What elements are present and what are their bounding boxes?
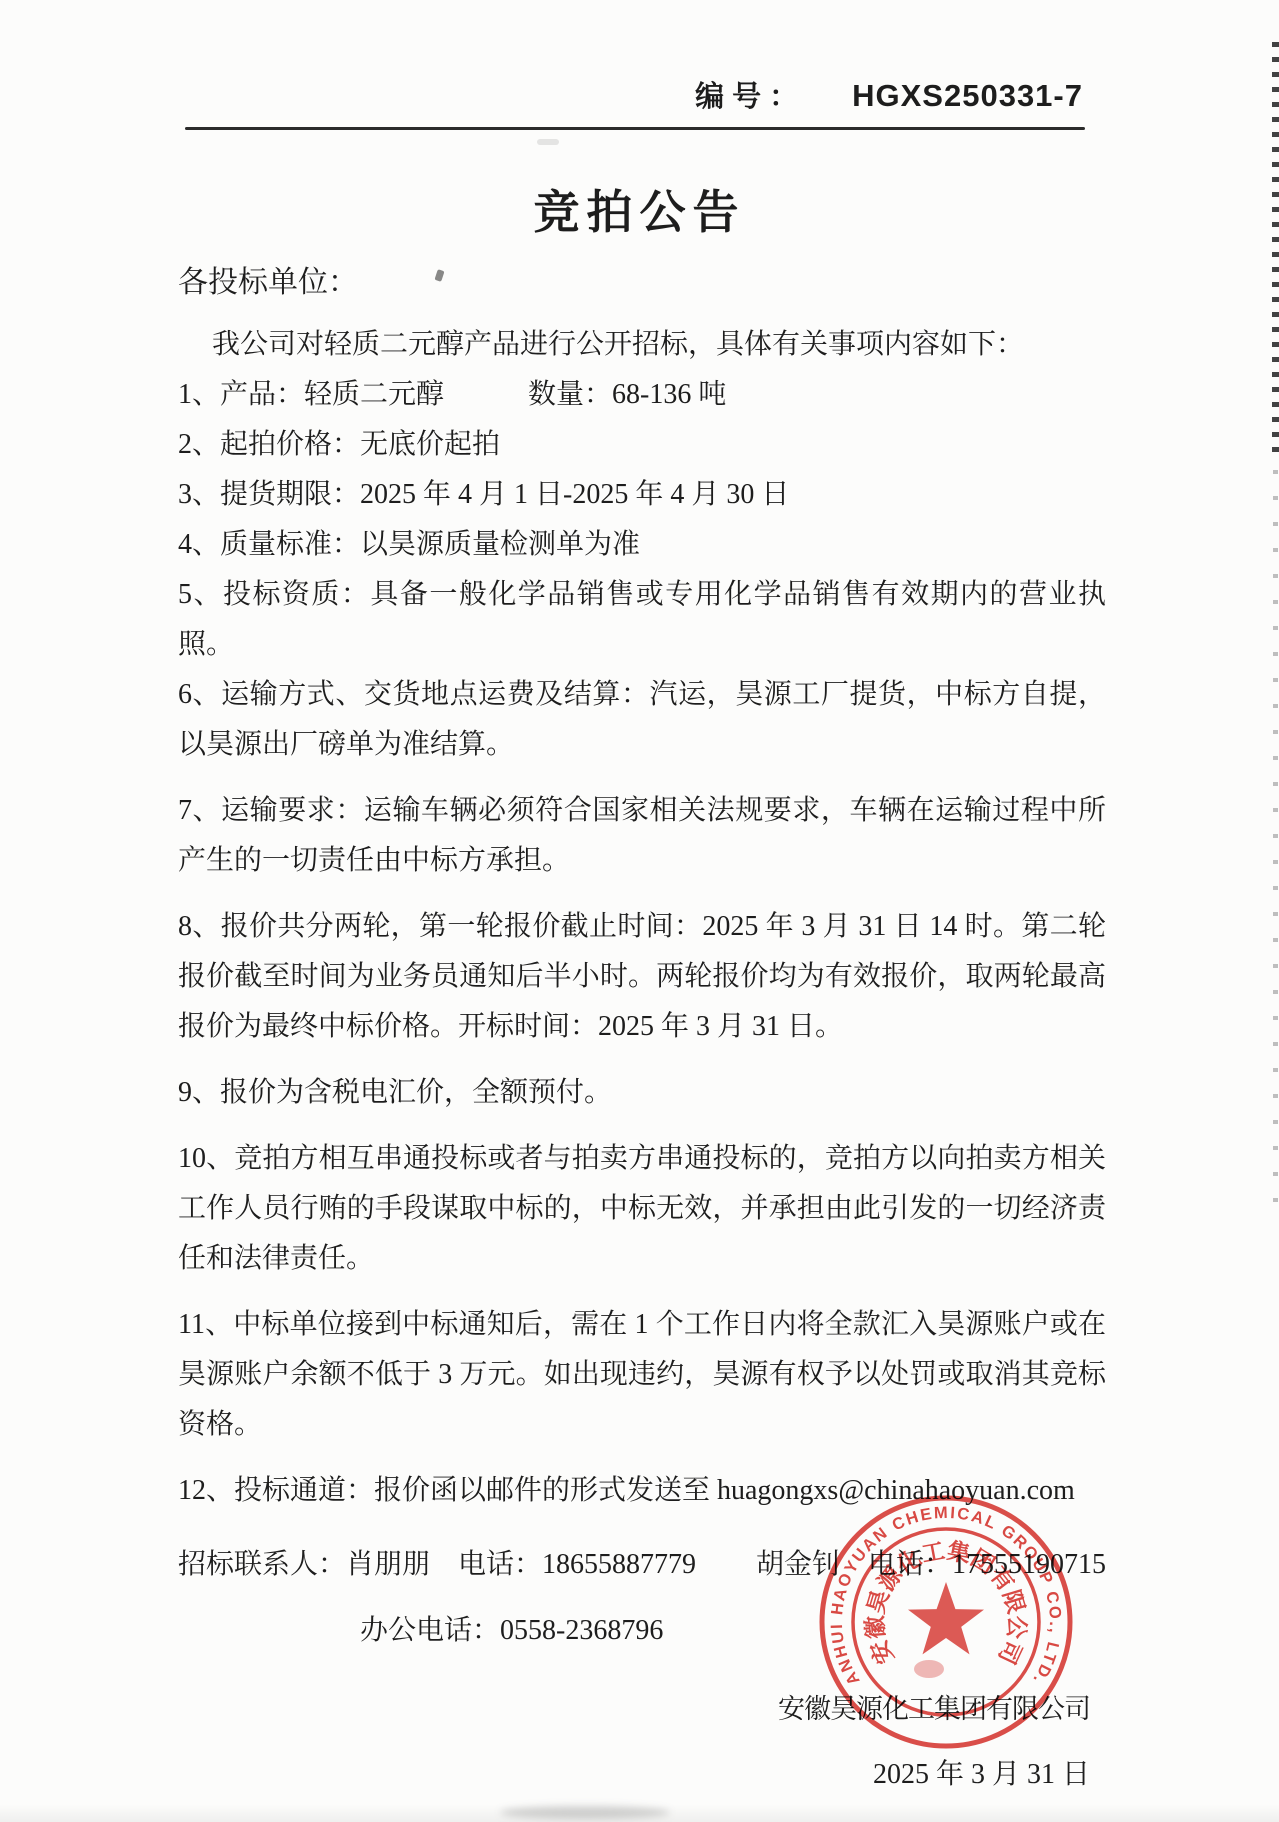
- company-seal-stamp: ANHUI HAOYUAN CHEMICAL GROUP CO., LTD. 安…: [788, 1464, 1104, 1780]
- doc-number-label: 编号：: [695, 74, 806, 115]
- seal-ink-smudge: [914, 1660, 944, 1678]
- term-item-8: 8、报价共分两轮，第一轮报价截止时间：2025 年 3 月 31 日 14 时。…: [178, 902, 1106, 1052]
- term-item-2: 2、起拍价格：无底价起拍: [178, 420, 1106, 470]
- term-item-9: 9、报价为含税电汇价，全额预付。: [178, 1068, 1106, 1118]
- term-item-7: 7、运输要求：运输车辆必须符合国家相关法规要求，车辆在运输过程中所产生的一切责任…: [178, 786, 1106, 886]
- salutation: 各投标单位：: [178, 258, 1106, 308]
- intro-paragraph: 我公司对轻质二元醇产品进行公开招标，具体有关事项内容如下：: [178, 320, 1106, 370]
- document-page: 编号： HGXS250331-7 竞拍公告 各投标单位： 我公司对轻质二元醇产品…: [0, 0, 1279, 1822]
- term-item-5: 5、投标资质：具备一般化学品销售或专用化学品销售有效期内的营业执照。: [178, 570, 1106, 670]
- contact-primary: 招标联系人：肖朋朋 电话：18655887779: [178, 1540, 696, 1590]
- seal-star-icon: [908, 1582, 984, 1654]
- scan-speck: [537, 139, 559, 145]
- page-title: 竞拍公告: [0, 176, 1279, 242]
- term-item-1: 1、产品：轻质二元醇 数量：68-136 吨: [178, 370, 1106, 420]
- scan-edge-artifacts-faint: [1273, 470, 1278, 1210]
- term-item-11: 11、中标单位接到中标通知后，需在 1 个工作日内将全款汇入昊源账户或在昊源账户…: [178, 1300, 1106, 1450]
- terms-list: 1、产品：轻质二元醇 数量：68-136 吨2、起拍价格：无底价起拍3、提货期限…: [178, 370, 1106, 1516]
- doc-number: 编号： HGXS250331-7: [695, 74, 1083, 115]
- term-item-10: 10、竞拍方相互串通投标或者与拍卖方串通投标的，竞拍方以向拍卖方相关工作人员行贿…: [178, 1134, 1106, 1284]
- scan-edge-artifacts: [1272, 42, 1279, 462]
- term-item-4: 4、质量标准：以昊源质量检测单为准: [178, 520, 1106, 570]
- doc-number-value: HGXS250331-7: [852, 78, 1083, 114]
- scan-bottom-shade: [0, 1804, 1279, 1822]
- header-rule: [185, 127, 1085, 130]
- term-item-6: 6、运输方式、交货地点运费及结算：汽运，昊源工厂提货，中标方自提，以昊源出厂磅单…: [178, 670, 1106, 770]
- term-item-3: 3、提货期限：2025 年 4 月 1 日-2025 年 4 月 30 日: [178, 470, 1106, 520]
